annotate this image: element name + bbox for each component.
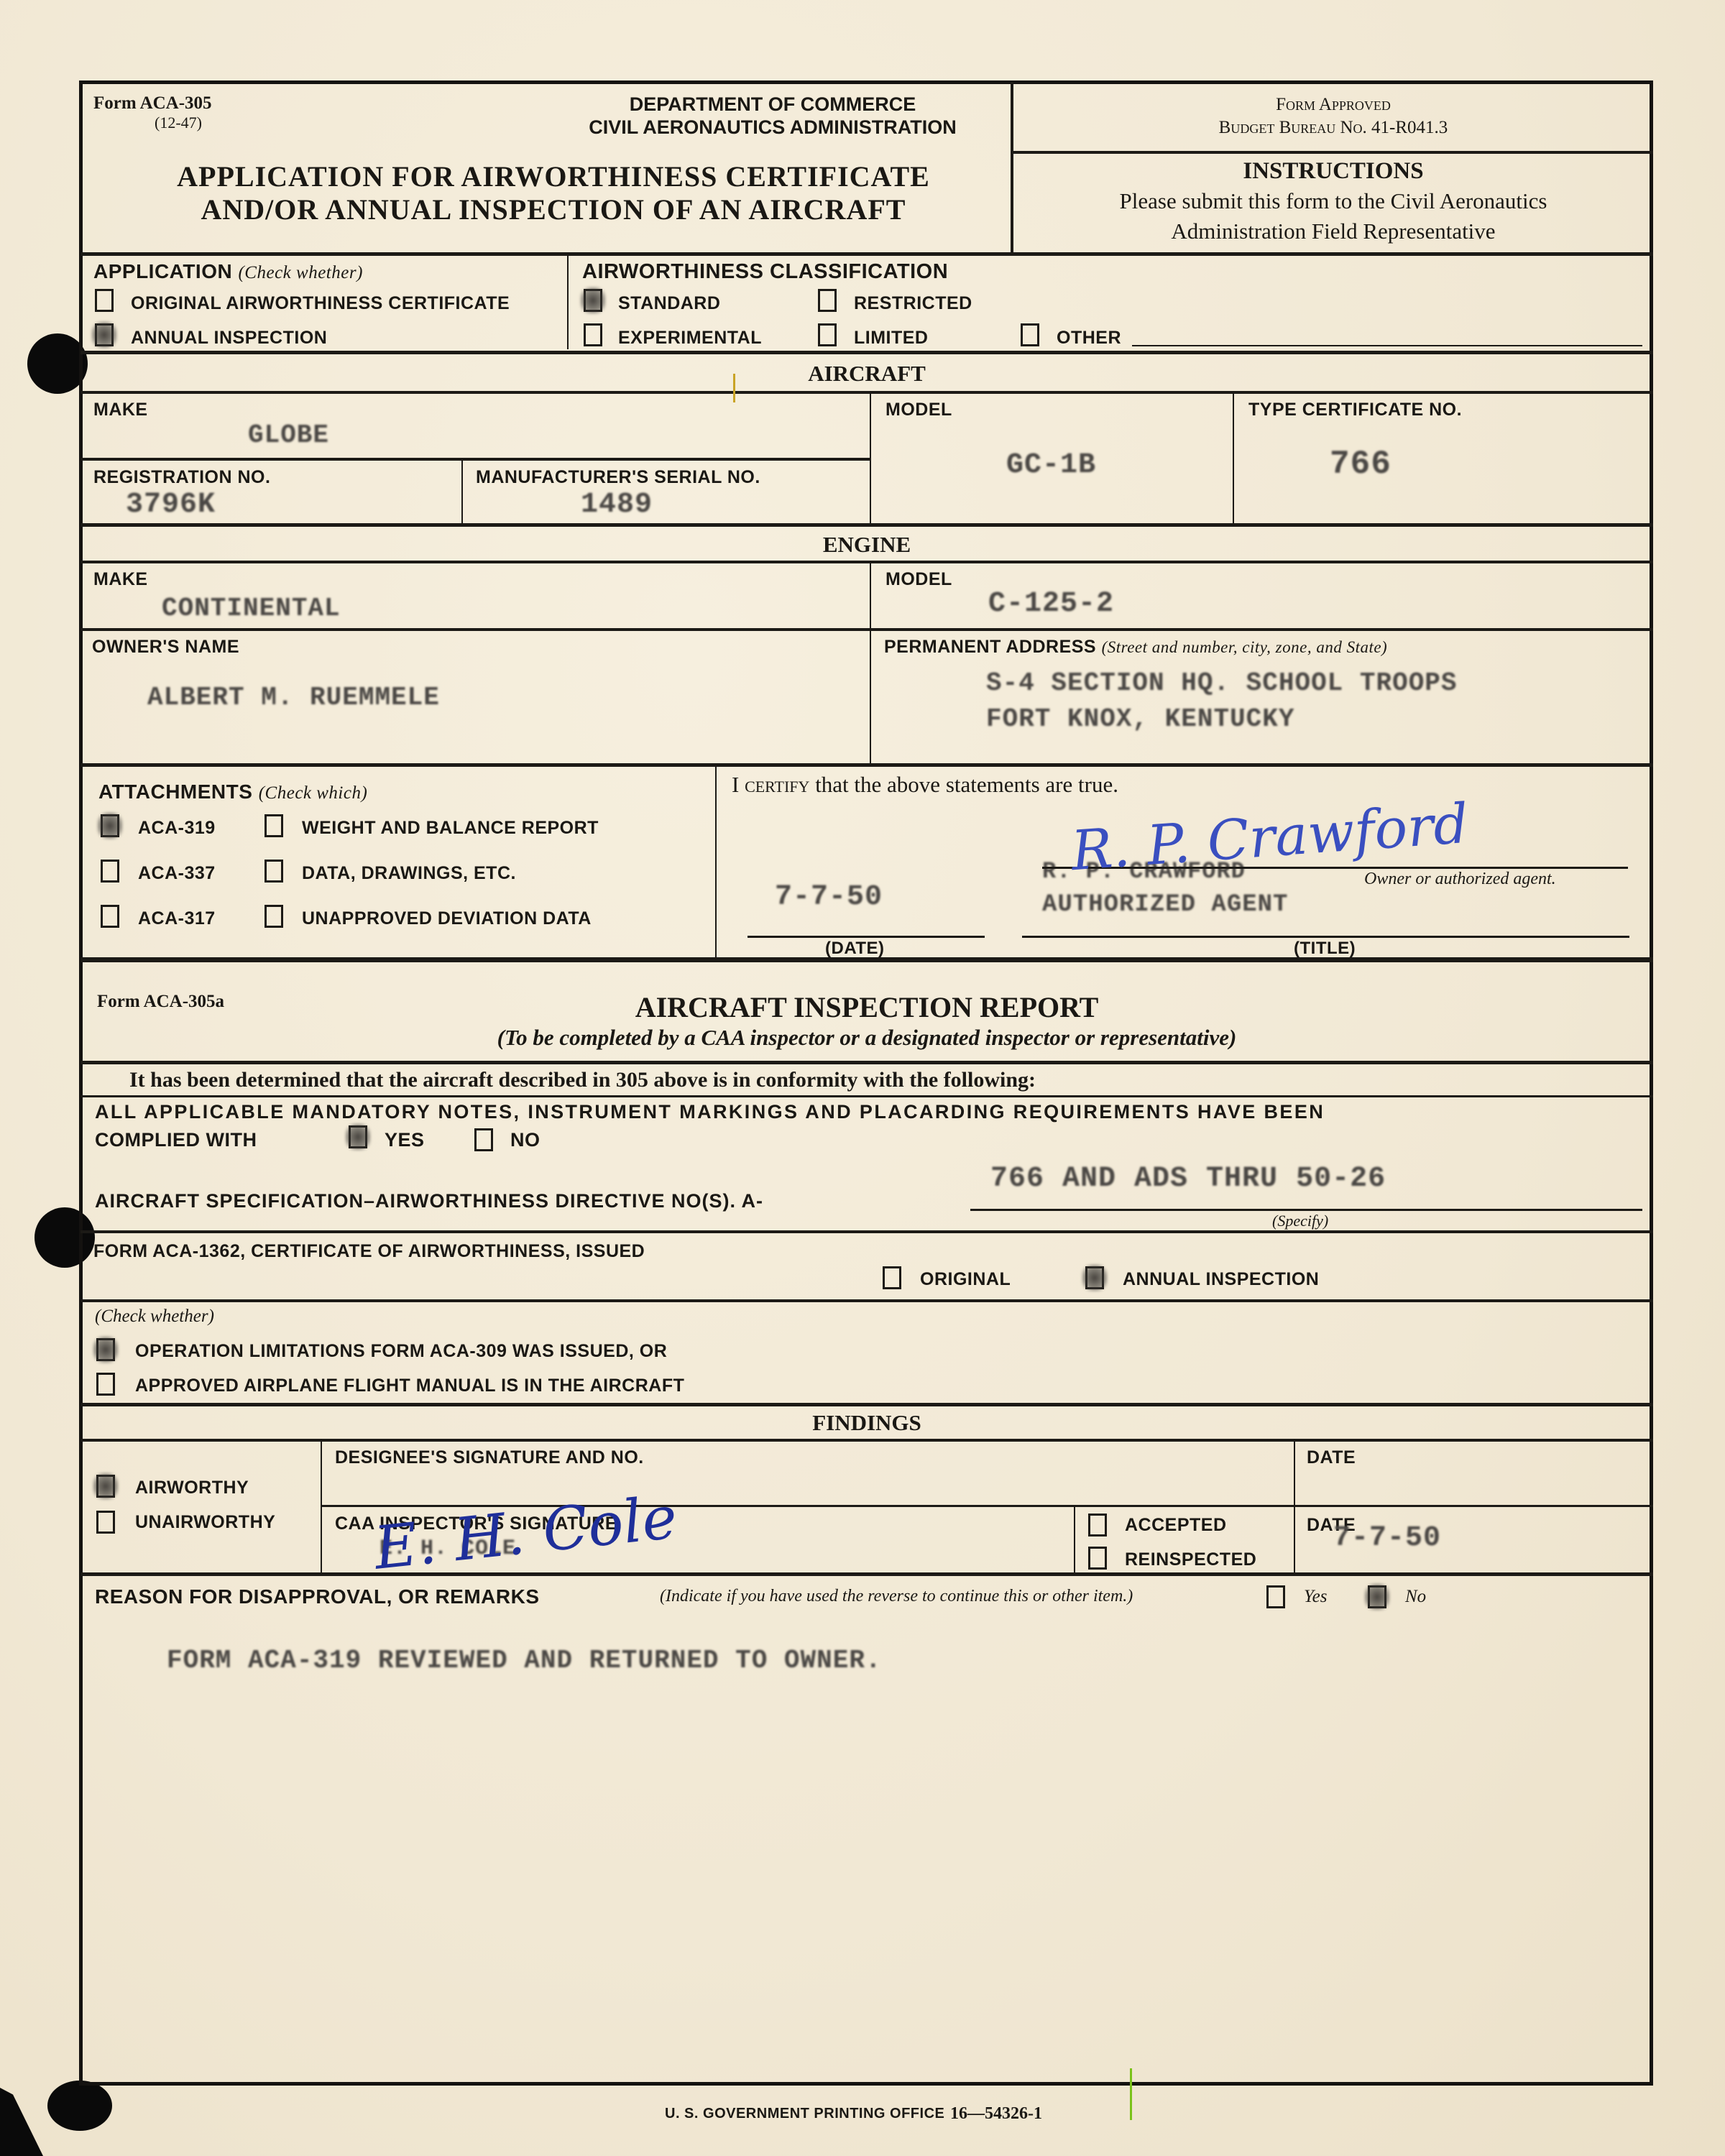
divider: [80, 1439, 1653, 1442]
divider: [715, 767, 717, 957]
divider: [1013, 151, 1653, 154]
owner-agent-caption: Owner or authorized agent.: [1364, 870, 1556, 889]
divider: [80, 1230, 1653, 1233]
checkbox-cert-annual[interactable]: [1085, 1266, 1104, 1289]
check-whether-hint: (Check whether): [95, 1307, 214, 1327]
checkbox-original-airworthiness[interactable]: [95, 289, 114, 312]
spec-directive-value[interactable]: 766 AND ADS THRU 50-26: [990, 1163, 1386, 1195]
divider: [80, 1403, 1653, 1406]
reinspected-label: REINSPECTED: [1125, 1549, 1256, 1570]
application-hint: (Check whether): [238, 263, 362, 282]
divider: [80, 763, 1653, 767]
owner-name-label: OWNER'S NAME: [92, 637, 239, 658]
divider: [80, 1095, 1653, 1097]
airworthy-label: AIRWORTHY: [135, 1478, 249, 1498]
divider: [80, 523, 1653, 527]
designee-signature-label: DESIGNEE'S SIGNATURE AND NO.: [335, 1447, 644, 1468]
checkbox-limited[interactable]: [818, 323, 837, 346]
option-other-label: OTHER: [1057, 328, 1121, 349]
binder-hole: [47, 2081, 112, 2131]
designee-signature-field[interactable]: [335, 1470, 1284, 1499]
other-input-line[interactable]: [1132, 345, 1642, 346]
date-caption: (DATE): [825, 939, 885, 959]
complied-no-label: NO: [510, 1129, 540, 1151]
checkbox-operation-limitations[interactable]: [96, 1338, 115, 1361]
engine-make-value[interactable]: CONTINENTAL: [162, 594, 341, 623]
spec-line: [970, 1209, 1642, 1211]
checkbox-complied-no[interactable]: [474, 1128, 493, 1151]
checkbox-annual-inspection[interactable]: [95, 323, 114, 346]
scan-mark: [733, 374, 735, 402]
checkbox-reverse-no[interactable]: [1368, 1585, 1386, 1608]
checkbox-aca-319[interactable]: [101, 814, 119, 837]
attachment-data-drawings-label: DATA, DRAWINGS, ETC.: [302, 863, 516, 884]
type-certificate-value[interactable]: 766: [1330, 446, 1391, 483]
inspection-report-subtitle: (To be completed by a CAA inspector or a…: [80, 1025, 1653, 1051]
divider: [80, 391, 1653, 394]
divider: [80, 458, 870, 461]
divider: [870, 394, 871, 523]
checkbox-reinspected[interactable]: [1088, 1547, 1107, 1570]
checkbox-unapproved-deviation[interactable]: [264, 905, 283, 928]
unairworthy-label: UNAIRWORTHY: [135, 1512, 275, 1533]
permanent-address-hint: (Street and number, city, zone, and Stat…: [1102, 638, 1388, 656]
title-line: [1022, 936, 1629, 938]
classification-label: AIRWORTHINESS CLASSIFICATION: [582, 260, 948, 284]
divider: [321, 1442, 322, 1572]
flight-manual-label: APPROVED AIRPLANE FLIGHT MANUAL IS IN TH…: [135, 1376, 684, 1396]
permanent-address-label-text: PERMANENT ADDRESS: [884, 637, 1096, 657]
complied-yes-label: YES: [385, 1129, 425, 1151]
cert-annual-label: ANNUAL INSPECTION: [1123, 1269, 1319, 1290]
designee-date-label: DATE: [1307, 1447, 1356, 1468]
type-certificate-label: TYPE CERTIFICATE NO.: [1248, 400, 1462, 420]
aircraft-section-title: AIRCRAFT: [80, 361, 1653, 387]
print-code: 16—54326-1: [950, 2104, 1042, 2124]
checkbox-flight-manual[interactable]: [96, 1373, 115, 1396]
engine-section-title: ENGINE: [80, 532, 1653, 558]
serial-number-label: MANUFACTURER'S SERIAL NO.: [476, 467, 760, 488]
divider: [1074, 1507, 1075, 1572]
divider: [80, 1061, 1653, 1064]
date-line: [747, 936, 985, 938]
certify-statement: I certify that the above statements are …: [732, 772, 1118, 798]
divider: [80, 957, 1653, 962]
aircraft-model-label: MODEL: [885, 400, 952, 420]
checkbox-standard[interactable]: [584, 289, 602, 312]
cert-original-label: ORIGINAL: [920, 1269, 1011, 1290]
form-revision: (12-47): [155, 114, 202, 132]
option-limited-label: LIMITED: [854, 328, 929, 349]
engine-model-value[interactable]: C-125-2: [988, 588, 1114, 620]
certificate-issued-label: FORM ACA-1362, CERTIFICATE OF AIRWORTHIN…: [93, 1241, 645, 1262]
checkbox-aca-317[interactable]: [101, 905, 119, 928]
printer-name: U. S. GOVERNMENT PRINTING OFFICE: [665, 2106, 944, 2122]
divider: [80, 1572, 1653, 1576]
aircraft-make-label: MAKE: [93, 400, 148, 420]
remarks-value[interactable]: FORM ACA-319 REVIEWED AND RETURNED TO OW…: [167, 1646, 882, 1675]
instructions-title: INSTRUCTIONS: [1013, 158, 1653, 185]
application-label: APPLICATION (Check whether): [93, 260, 363, 283]
accepted-label: ACCEPTED: [1125, 1515, 1227, 1536]
mandatory-notes-line1: ALL APPLICABLE MANDATORY NOTES, INSTRUME…: [95, 1101, 1325, 1123]
attachment-weight-balance-label: WEIGHT AND BALANCE REPORT: [302, 818, 599, 839]
checkbox-complied-yes[interactable]: [349, 1125, 367, 1148]
divider: [80, 351, 1653, 354]
serial-number-value[interactable]: 1489: [581, 489, 653, 521]
operation-limitations-label: OPERATION LIMITATIONS FORM ACA-309 WAS I…: [135, 1341, 667, 1362]
option-restricted-label: RESTRICTED: [854, 293, 972, 314]
checkbox-restricted[interactable]: [818, 289, 837, 312]
divider: [80, 1299, 1653, 1302]
instructions-line2: Administration Field Representative: [1013, 218, 1653, 244]
checkbox-other[interactable]: [1021, 323, 1039, 346]
divider: [567, 256, 569, 349]
budget-bureau-number: Budget Bureau No. 41-R041.3: [1013, 118, 1653, 138]
option-standard-label: STANDARD: [618, 293, 720, 314]
scan-mark: [1130, 2068, 1132, 2120]
aircraft-make-value[interactable]: GLOBE: [248, 420, 329, 450]
title-caption: (TITLE): [1294, 939, 1356, 959]
mandatory-notes-line2: COMPLIED WITH: [95, 1129, 257, 1151]
divider: [461, 461, 463, 523]
checkbox-reverse-yes[interactable]: [1266, 1585, 1285, 1608]
address-line1[interactable]: S-4 SECTION HQ. SCHOOL TROOPS: [986, 668, 1458, 698]
attachment-aca-319-label: ACA-319: [138, 818, 216, 839]
registration-value[interactable]: 3796K: [126, 489, 216, 521]
attachments-label: ATTACHMENTS (Check which): [98, 780, 367, 803]
registration-label: REGISTRATION NO.: [93, 467, 270, 488]
inspector-date-value[interactable]: 7-7-50: [1333, 1522, 1441, 1554]
administration-name: CIVIL AERONAUTICS ADMINISTRATION: [525, 116, 1021, 139]
checkbox-airworthy[interactable]: [96, 1475, 115, 1498]
divider: [1294, 1442, 1295, 1572]
engine-model-label: MODEL: [885, 569, 952, 590]
engine-make-label: MAKE: [93, 569, 148, 590]
checkbox-accepted[interactable]: [1088, 1514, 1107, 1537]
findings-section-title: FINDINGS: [80, 1410, 1653, 1436]
option-annual-inspection-label: ANNUAL INSPECTION: [131, 328, 327, 349]
attachment-aca-337-label: ACA-337: [138, 863, 216, 884]
checkbox-unairworthy[interactable]: [96, 1511, 115, 1534]
certify-rest: that the above statements are true.: [809, 772, 1118, 797]
attachments-label-text: ATTACHMENTS: [98, 780, 252, 803]
department-name: DEPARTMENT OF COMMERCE: [525, 93, 1021, 116]
remarks-label: REASON FOR DISAPPROVAL, OR REMARKS: [95, 1585, 540, 1608]
permanent-address-label: PERMANENT ADDRESS (Street and number, ci…: [884, 637, 1387, 658]
divider: [80, 561, 1653, 563]
checkbox-weight-balance[interactable]: [264, 814, 283, 837]
reverse-no-label: No: [1405, 1587, 1426, 1607]
option-experimental-label: EXPERIMENTAL: [618, 328, 762, 349]
divider: [80, 628, 1653, 631]
reverse-yes-label: Yes: [1304, 1587, 1327, 1607]
address-line2[interactable]: FORT KNOX, KENTUCKY: [986, 704, 1294, 734]
form-number: Form ACA-305: [93, 93, 212, 114]
spec-directive-label: AIRCRAFT SPECIFICATION–AIRWORTHINESS DIR…: [95, 1190, 763, 1212]
form-approved: Form Approved: [1013, 95, 1653, 115]
certify-lead: I certify: [732, 772, 809, 797]
divider: [80, 252, 1653, 256]
form-title-line2: AND/OR ANNUAL INSPECTION OF AN AIRCRAFT: [93, 193, 1013, 226]
instructions-line1: Please submit this form to the Civil Aer…: [1013, 188, 1653, 214]
divider: [870, 563, 871, 763]
designee-date-field[interactable]: [1307, 1470, 1637, 1499]
checkbox-experimental[interactable]: [584, 323, 602, 346]
application-label-text: APPLICATION: [93, 260, 232, 282]
aircraft-model-value[interactable]: GC-1B: [1006, 449, 1096, 482]
attachment-unapproved-deviation-label: UNAPPROVED DEVIATION DATA: [302, 908, 592, 929]
owner-name-value[interactable]: ALBERT M. RUEMMELE: [147, 683, 440, 712]
conformity-statement: It has been determined that the aircraft…: [129, 1068, 1036, 1092]
title-value[interactable]: AUTHORIZED AGENT: [1042, 891, 1288, 918]
form-title-line1: APPLICATION FOR AIRWORTHINESS CERTIFICAT…: [93, 160, 1013, 193]
attachments-hint: (Check which): [259, 783, 368, 803]
inspection-report-title: AIRCRAFT INSPECTION REPORT: [80, 990, 1653, 1024]
attachment-aca-317-label: ACA-317: [138, 908, 216, 929]
checkbox-cert-original[interactable]: [883, 1266, 901, 1289]
option-original-airworthiness-label: ORIGINAL AIRWORTHINESS CERTIFICATE: [131, 293, 510, 314]
remarks-hint: (Indicate if you have used the reverse t…: [660, 1587, 1133, 1606]
checkbox-data-drawings[interactable]: [264, 860, 283, 883]
divider: [1233, 394, 1234, 523]
certification-date-value[interactable]: 7-7-50: [775, 881, 883, 913]
specify-caption: (Specify): [1272, 1212, 1328, 1230]
checkbox-aca-337[interactable]: [101, 860, 119, 883]
